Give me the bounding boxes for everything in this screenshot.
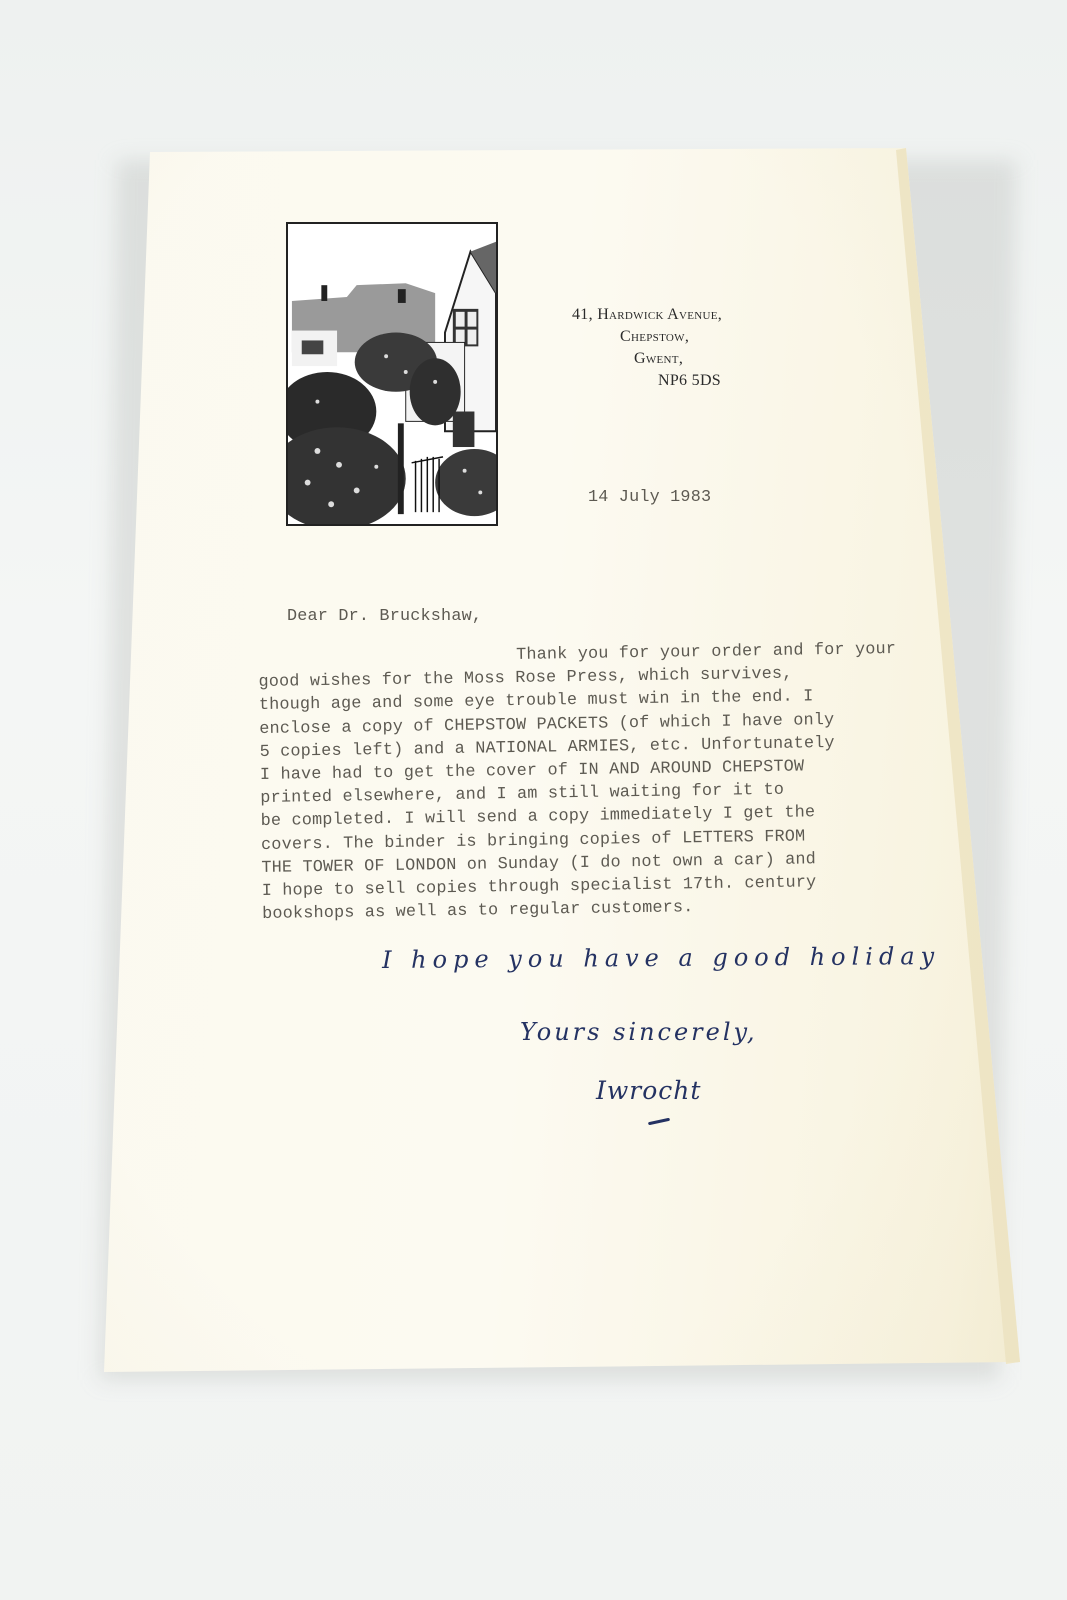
handwritten-note: I hope you have a good holiday xyxy=(382,942,940,974)
salutation: Dear Dr. Bruckshaw, xyxy=(287,607,482,626)
address-street: 41, Hardwick Avenue, xyxy=(572,304,722,326)
woodcut-illustration xyxy=(286,222,498,526)
handwritten-closing: Yours sincerely, xyxy=(520,1018,758,1046)
letter-date: 14 July 1983 xyxy=(588,488,711,507)
signature: Iwrocht xyxy=(596,1076,701,1105)
letterhead-address: 41, Hardwick Avenue, Chepstow, Gwent, NP… xyxy=(572,304,722,392)
address-town: Chepstow, xyxy=(620,326,722,348)
cottage-garden-icon xyxy=(288,224,496,524)
address-county: Gwent, xyxy=(634,348,722,370)
letter-body: Thank you for your order and for your go… xyxy=(258,637,982,927)
address-postcode: NP6 5DS xyxy=(658,370,722,392)
